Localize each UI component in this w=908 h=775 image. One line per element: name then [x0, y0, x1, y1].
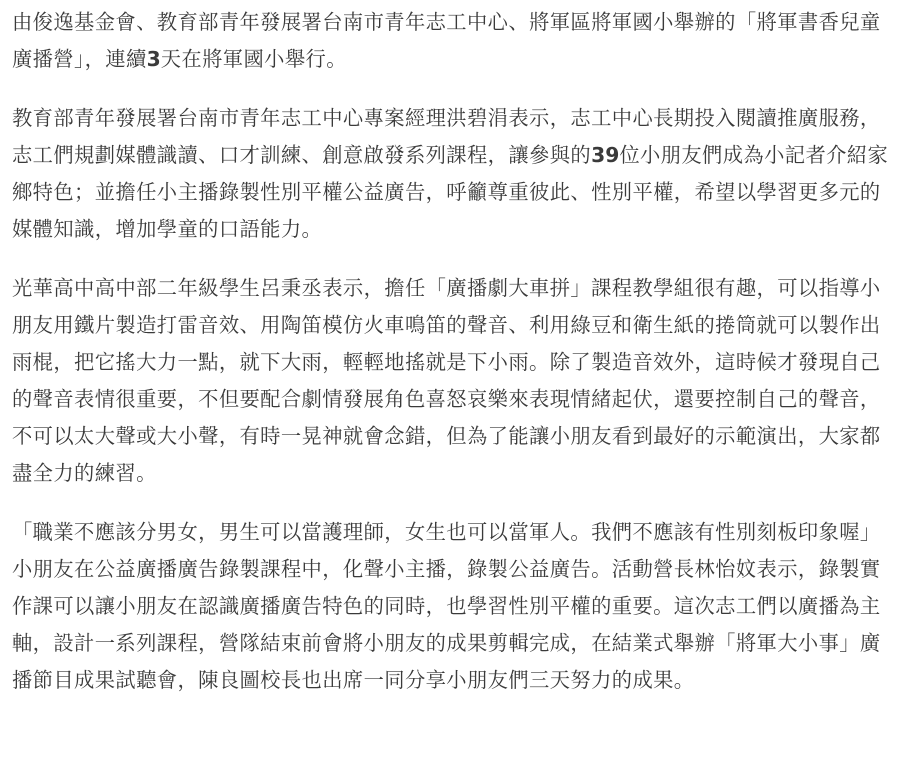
paragraph-intro: 由俊逸基金會、教育部青年發展署台南市青年志工中心、將軍區將軍國小舉辦的「將軍書香… [12, 4, 898, 78]
article-body: 由俊逸基金會、教育部青年發展署台南市青年志工中心、將軍區將軍國小舉辦的「將軍書香… [0, 0, 908, 699]
paragraph-text: 天在將軍國小舉行。 [161, 47, 347, 71]
paragraph-manager-quote: 教育部青年發展署台南市青年志工中心專案經理洪碧涓表示，志工中心長期投入閱讀推廣服… [12, 100, 898, 248]
paragraph-text: 「職業不應該分男女，男生可以當護理師，女生也可以當軍人。我們不應該有性別刻板印象… [12, 520, 881, 692]
days-count: 3 [147, 47, 161, 71]
paragraph-student-quote: 光華高中高中部二年級學生呂秉丞表示，擔任「廣播劇大車拼」課程教學組很有趣，可以指… [12, 270, 898, 492]
participant-count: 39 [591, 143, 619, 167]
paragraph-gender-equality: 「職業不應該分男女，男生可以當護理師，女生也可以當軍人。我們不應該有性別刻板印象… [12, 514, 898, 699]
paragraph-text: 光華高中高中部二年級學生呂秉丞表示，擔任「廣播劇大車拼」課程教學組很有趣，可以指… [12, 276, 881, 485]
paragraph-text: 由俊逸基金會、教育部青年發展署台南市青年志工中心、將軍區將軍國小舉辦的「將軍書香… [12, 10, 881, 71]
